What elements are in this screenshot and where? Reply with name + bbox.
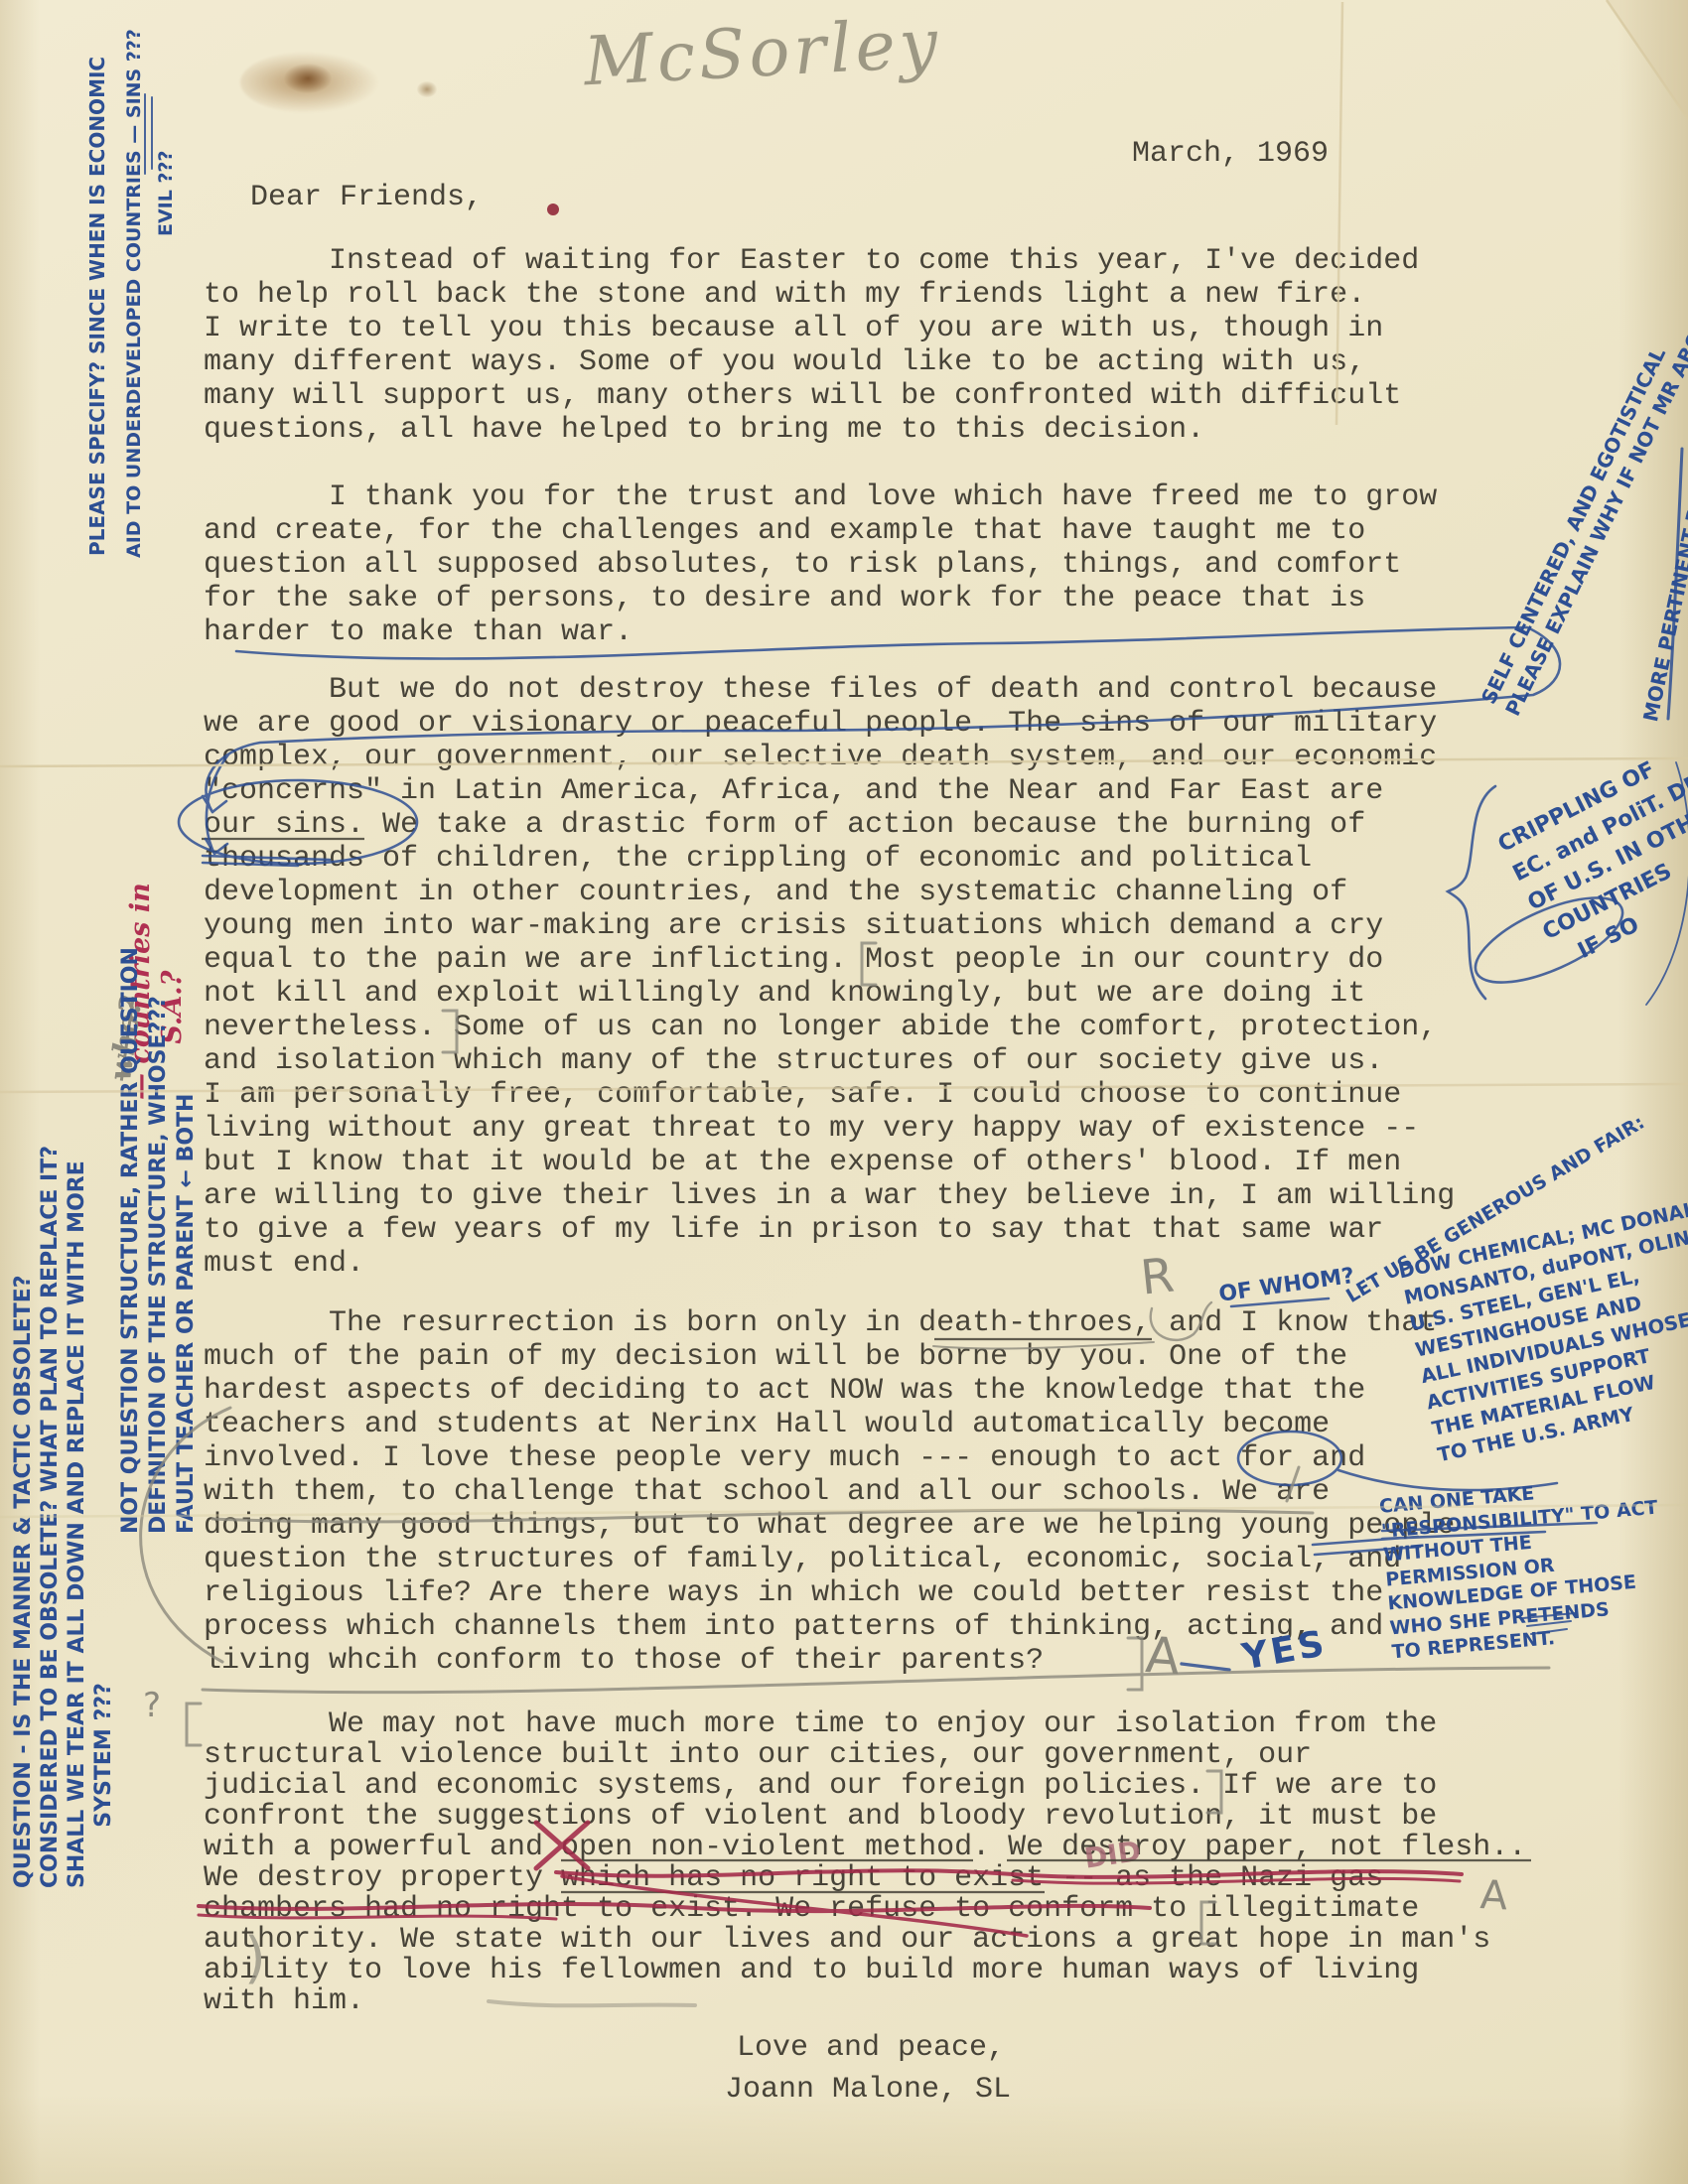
crease-lines — [0, 0, 1688, 1517]
scanned-letter-page: { "letter": { "archivist_name": "McSorle… — [0, 0, 1688, 2184]
typed-underlines — [202, 839, 1531, 1892]
pencil-strokes — [141, 943, 1549, 2005]
blue-ink-strokes — [145, 94, 1688, 1670]
red-ink-strokes — [199, 204, 1462, 1936]
annotation-strokes — [0, 0, 1688, 2184]
